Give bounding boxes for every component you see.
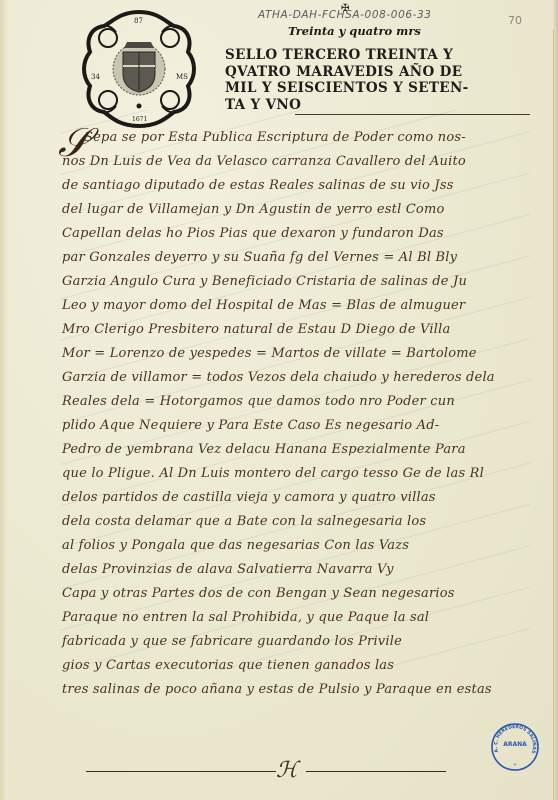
stamp-header: SELLO TERCERO TREINTA Y QVATRO MARAVEDIS… <box>225 47 525 113</box>
manuscript-line: Leo y mayor domo del Hospital de Mas = B… <box>62 298 465 322</box>
manuscript-line: Sepa se por Esta Publica Escriptura de P… <box>84 130 466 154</box>
manuscript-line: Reales dela = Hotorgamos que damos todo … <box>62 394 455 418</box>
seal-number-right: MS <box>176 73 188 81</box>
manuscript-line: al folios y Pongala que das negesarias C… <box>62 538 409 562</box>
manuscript-line: Garzia de villamor = todos Vezos dela ch… <box>62 370 495 394</box>
manuscript-line: gios y Cartas executorias que tienen gan… <box>62 658 394 682</box>
manuscript-line: que lo Pligue. Al Dn Luis montero del ca… <box>62 466 484 490</box>
manuscript-line: Mro Clerigo Presbitero natural de Estau … <box>62 322 450 346</box>
manuscript-line: tres salinas de poco añana y estas de Pu… <box>62 682 492 706</box>
document-page: 87 34 MS 1671 ✠ ATHA-DAH-FCHSA-008-006-3… <box>0 0 558 800</box>
folio-number: 70 <box>508 14 522 27</box>
paper-fold-line <box>553 30 554 800</box>
manuscript-line: Capa y otras Partes dos de con Bengan y … <box>62 586 455 610</box>
closing-rule-right <box>306 771 446 772</box>
owner-stamp-ring-text: A. C. HEREDEROS SALINAS <box>493 724 537 754</box>
svg-text:A. C. HEREDEROS SALINAS: A. C. HEREDEROS SALINAS <box>493 724 537 754</box>
manuscript-line: dela costa delamar que a Bate con la sal… <box>62 514 426 538</box>
stamp-header-line: TA Y VNO <box>225 97 525 114</box>
manuscript-line: Pedro de yembrana Vez delacu Hanana Espe… <box>62 442 466 466</box>
seal-number-top: 87 <box>134 17 143 25</box>
stamp-underline <box>295 114 530 115</box>
stamp-header-line: QVATRO MARAVEDIS AÑO DE <box>225 64 525 81</box>
manuscript-line: par Gonzales deyerro y su Suaña fg del V… <box>62 250 457 274</box>
manuscript-line: nos Dn Luis de Vea da Velasco carranza C… <box>62 154 466 178</box>
svg-text:+: + <box>513 762 517 768</box>
manuscript-line: delas Provinzias de alava Salvatierra Na… <box>62 562 394 586</box>
seal-number-left: 34 <box>91 73 100 81</box>
royal-seal-emblem: 87 34 MS 1671 <box>78 6 200 132</box>
stamp-header-line: MIL Y SEISCIENTOS Y SETEN- <box>225 80 525 97</box>
seal-number-bottom: 1671 <box>132 116 147 123</box>
manuscript-line: Paraque no entren la sal Prohibida, y qu… <box>62 610 429 634</box>
manuscript-line: Mor = Lorenzo de yespedes = Martos de vi… <box>62 346 477 370</box>
manuscript-line: Capellan delas ho Pios Pias que dexaron … <box>62 226 444 250</box>
archive-owner-stamp: A. C. HEREDEROS SALINAS + ARANA <box>490 722 540 772</box>
manuscript-line: de santiago diputado de estas Reales sal… <box>62 178 454 202</box>
manuscript-line: delos partidos de castilla vieja y camor… <box>62 490 436 514</box>
archive-reference: ATHA-DAH-FCHSA-008-006-33 <box>258 9 432 21</box>
stamp-value-text: Treinta y quatro mrs <box>288 24 421 38</box>
manuscript-line: plido Aque Nequiere y Para Este Caso Es … <box>62 418 439 442</box>
rubric-flourish-icon: ℋ <box>276 758 298 783</box>
decorative-initial: 𝒮 <box>58 120 89 166</box>
manuscript-line: fabricada y que se fabricare guardando l… <box>62 634 402 658</box>
owner-stamp-center-text: ARANA <box>490 741 540 748</box>
closing-rule-left <box>86 771 276 772</box>
stamp-header-line: SELLO TERCERO TREINTA Y <box>225 47 525 64</box>
paper-edge-left <box>0 0 8 800</box>
manuscript-line: del lugar de Villamejan y Dn Agustin de … <box>62 202 445 226</box>
manuscript-line: Garzia Angulo Cura y Beneficiado Cristar… <box>62 274 467 298</box>
